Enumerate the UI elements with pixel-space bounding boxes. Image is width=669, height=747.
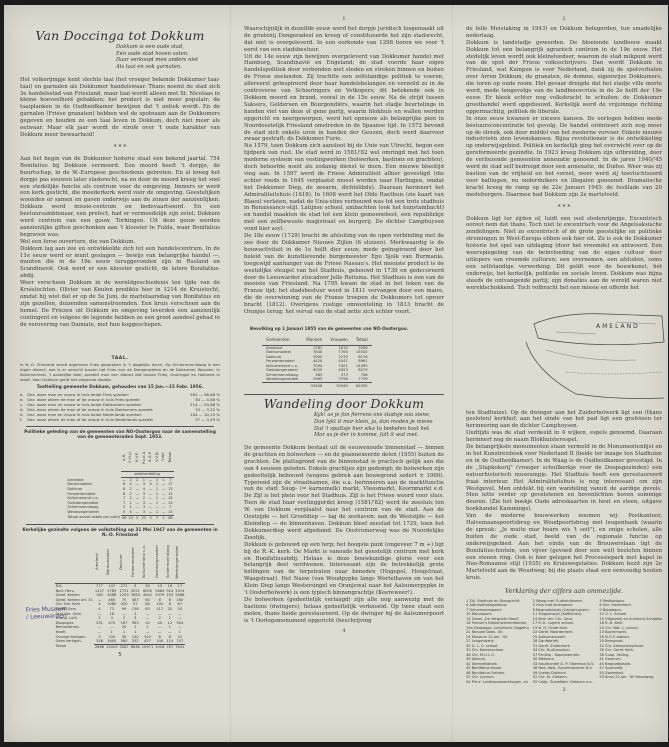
column-header: Vrije xyxy=(160,443,167,472)
politiek-heading: Politieke geleding van de gemeenten van … xyxy=(20,431,220,441)
paragraph: De belangrijkste monumenten staan vermel… xyxy=(466,444,662,513)
column-label: Westdongeradeel xyxy=(175,541,180,583)
column-header: Kollumerland c.a. xyxy=(141,541,154,584)
cell: 3587 xyxy=(118,644,129,649)
column-header: S.G.P. xyxy=(147,443,154,472)
taal-rows: a.Gez. waar man en vrouw in huis beide F… xyxy=(20,393,220,422)
paragraph: Dokkum is gebouwd op een terp; het hoogs… xyxy=(244,542,444,597)
divider xyxy=(26,426,214,427)
paragraph: Dokkum is landstadje geworden. De bloeie… xyxy=(466,40,662,116)
cell: 33406 xyxy=(302,382,326,388)
poem-line: Dan lykt it mar klein, ja, dan moden je … xyxy=(314,419,444,426)
cell: 787 xyxy=(165,644,174,649)
page-number: 4 xyxy=(244,628,444,635)
paragraph: Aan het begin van de Dokkumer historie s… xyxy=(20,156,220,239)
cell: 1 xyxy=(160,515,167,520)
paragraph: de felle Meistaking in 1943) en Dokkum b… xyxy=(466,26,662,40)
taal-heading: TAAL. xyxy=(20,357,220,362)
row-key: f. xyxy=(20,418,27,423)
cell: 98 xyxy=(167,515,174,520)
legend-title: Verklaring der cijfers aan ommezijde. xyxy=(466,590,662,595)
total-row: Totaal286610419358786361097120287877641 xyxy=(55,644,186,649)
column-label: P.v.d.A. xyxy=(142,443,147,471)
cell: 22 xyxy=(141,515,148,520)
column-header: Totaal xyxy=(352,336,372,345)
page-number: 2 xyxy=(466,16,662,23)
legend-item: 54 Prins' Landbouwwerktuigen- en Machine… xyxy=(466,680,529,685)
paragraph: Na 1579, toen Dokkum zich aansloot bij d… xyxy=(244,143,444,233)
paragraph: In onze eeuw kwamen er nieuwe kansen. De… xyxy=(466,116,662,199)
total-row: 334063394965355 xyxy=(262,382,372,388)
header-row: AmelandDantumadeelDokkumFerwerderadeelKo… xyxy=(55,541,186,584)
section-title: Wandeling door Dokkum xyxy=(244,401,444,408)
poem: Kyk! as je fan fierrens ons stadsje sou … xyxy=(314,412,444,439)
cell: 8636 xyxy=(130,644,141,649)
row-label: Westdongeradeel xyxy=(262,377,302,382)
paragraph: Weer verscheen Dokkum in de wereldgeschi… xyxy=(20,280,220,328)
column-header: Dokkum xyxy=(118,541,129,584)
paragraph: Oudtijds was de stad verdeeld in 4 wijke… xyxy=(466,430,662,444)
column-header: Gemeenten xyxy=(262,336,302,345)
column-right: 2 de felle Meistaking in 1943) en Dokkum… xyxy=(466,15,662,697)
paragraph: Dokkum lag aan zee en ontwikkelde zich t… xyxy=(20,246,220,281)
cell: 2 xyxy=(134,515,141,520)
column-label: S.G.P. xyxy=(148,443,153,471)
paragraph: Uit de 14e eeuw zijn bewijzen overgeleve… xyxy=(244,54,444,144)
bevolking-box: Bevolking op 1 Januari 1955 van de gemee… xyxy=(262,326,444,388)
page-number: 1 xyxy=(244,16,444,23)
column-header: Dantumadeel xyxy=(105,541,118,584)
paragraph: Wel een forse ouverture, die van Dokkum. xyxy=(20,239,220,246)
poem-line: Dat 't spultsje hier sika to bedoden has… xyxy=(314,426,444,433)
header-row: GemeentenMannenVrouwenTotaal xyxy=(262,336,372,345)
column-label: Schiermonnikoog xyxy=(166,541,171,583)
page-number: 5 xyxy=(20,653,220,658)
cell: 7 xyxy=(154,515,161,520)
cell: 2028 xyxy=(154,644,165,649)
column-label: Vrije xyxy=(161,443,166,471)
paragraph: De bolwerken (gedeeltelijk verlaagd) zij… xyxy=(244,597,444,625)
page-number: 3 xyxy=(466,687,662,694)
cell: 20 xyxy=(127,515,134,520)
row-value: 37 — 3,49 % xyxy=(184,418,220,423)
column-label: Oostdongeradeel xyxy=(155,541,160,583)
column-header: Ameland xyxy=(94,541,105,584)
poem-line: Als taai en ook garnaten. xyxy=(116,64,220,71)
viewer-frame: Van Doccinga tot Dokkum Dokkum is een ou… xyxy=(0,0,669,747)
column-history: Van Doccinga tot Dokkum Dokkum is een ou… xyxy=(20,15,220,661)
cell: 2866 xyxy=(94,644,105,649)
poem-line: Dokkum is een oude stad, xyxy=(116,44,220,51)
cell: 10971 xyxy=(141,644,154,649)
page-title: Van Doccinga tot Dokkum xyxy=(20,33,220,40)
poem: Dokkum is een oude stad, Een oude stad h… xyxy=(116,44,220,71)
politiek-table: A.R.C.H.U.K.V.P.P.v.d.A.S.G.P.V.V.D.Vrij… xyxy=(66,443,173,520)
brochure-sheet: Van Doccinga tot Dokkum Dokkum is een ou… xyxy=(4,5,668,742)
paragraph: Het volkerijmpje kent slechts taai (het … xyxy=(20,77,220,139)
kerk-table: AmelandDantumadeelDokkumFerwerderadeelKo… xyxy=(55,541,186,649)
column-label: V.V.D. xyxy=(155,443,160,471)
table-row: Geen kerkgen.3581600580332427190114757 xyxy=(55,639,186,644)
column-label: A.R. xyxy=(122,443,127,471)
row-text: Gez. waar alleen de man of de vrouw in h… xyxy=(27,418,184,423)
section-divider: * * * xyxy=(20,145,220,150)
column-header: Westdongeradeel xyxy=(174,541,185,584)
column-header: Mannen xyxy=(302,336,326,345)
row-label: Totaal xyxy=(55,644,94,649)
cell: 7641 xyxy=(174,644,185,649)
column-label: Ameland xyxy=(95,541,100,583)
header-row: A.R.C.H.U.K.V.P.P.v.d.A.S.G.P.V.V.D.Vrij… xyxy=(66,443,173,472)
row-label: Totaal aantal zetels per partij xyxy=(66,515,120,520)
column-header: C.H.U. xyxy=(127,443,134,472)
map-legend: Verklaring der cijfers aan ommezijde. 1 … xyxy=(466,582,662,684)
museum-stamp: Fries Museum / Leeuwarden xyxy=(26,606,68,620)
row-label xyxy=(262,382,302,388)
paragraph: Van de moderne bouwwerken noemen wij: Po… xyxy=(466,513,662,582)
column-label: Dantumadeel xyxy=(106,541,111,583)
corner-cell xyxy=(66,443,120,472)
corner-cell xyxy=(55,541,94,584)
fold-line xyxy=(230,5,231,742)
column-header: Totaal xyxy=(167,443,174,472)
cell: 65355 xyxy=(352,382,372,388)
divider xyxy=(26,524,214,525)
taal-intro: In N.-O. Friesland wordt algemeen Fries … xyxy=(20,363,220,383)
poem-line: Mar as je der in komme, falt it wat met. xyxy=(314,432,444,439)
taal-row: f.Gez. waar alleen de man of de vrouw in… xyxy=(20,418,220,423)
column-header: Oostdongeradeel xyxy=(154,541,165,584)
column-label: Dokkum xyxy=(119,541,124,583)
bevolking-caption: Bevolking op 1 Januari 1955 van de gemee… xyxy=(250,326,444,333)
column-header: Vrouwen xyxy=(326,336,352,345)
kerk-heading: Kerkelijke gezindte volgens de volkstell… xyxy=(20,529,220,539)
cell: 33949 xyxy=(326,382,352,388)
column-label: Kollumerland c.a. xyxy=(142,541,147,583)
paragraph: ten Stadhuize). Op de dwinger aan het Zu… xyxy=(466,410,662,431)
bevolking-table: GemeentenMannenVrouwenTotaalAmeland17811… xyxy=(262,336,372,388)
taal-subheading: Taaltelling gemeente Dokkum, gehouden va… xyxy=(20,386,220,391)
paragraph: Dokkum ligt ter zijden of, luidt een oud… xyxy=(466,216,662,292)
paragraph: De 18e eeuw (1729) bracht de afsluiting … xyxy=(244,233,444,316)
map-outline-icon xyxy=(466,302,666,402)
column-label: Totaal xyxy=(168,443,173,471)
cell: 39 xyxy=(121,515,128,520)
section-divider: * * * xyxy=(466,205,662,210)
column-header: K.V.P. xyxy=(134,443,141,472)
column-header: Schiermonnikoog xyxy=(165,541,174,584)
legend-item: 53 Kruis 22 Jan. '45 Woudweg. xyxy=(599,675,662,680)
cell: 3 xyxy=(147,515,154,520)
column-middle: 1 Waarschijnlijk in dezelfde eeuw werd h… xyxy=(244,15,444,637)
paragraph: De gemeente Dokkum bestaat uit de eeuwen… xyxy=(244,445,444,542)
divider xyxy=(244,394,444,395)
cell: 114 xyxy=(165,639,174,644)
poem-line: Een oude stad hoven vaten. xyxy=(116,51,220,58)
fold-line xyxy=(452,5,453,742)
column-header: Ferwerderadeel xyxy=(130,541,141,584)
column-label: Ferwerderadeel xyxy=(131,541,136,583)
column-label: K.V.P. xyxy=(135,443,140,471)
map-ameland: AMELAND xyxy=(466,302,662,402)
total-row: Totaal aantal zetels per partij392022237… xyxy=(66,515,173,520)
map-label-ameland: AMELAND xyxy=(596,324,640,331)
cell: 10419 xyxy=(105,644,118,649)
poem-line: Daar verkoopt men anders niet xyxy=(116,57,220,64)
column-label: C.H.U. xyxy=(128,443,133,471)
paragraph: Waarschijnlijk in dezelfde eeuw werd het… xyxy=(244,26,444,54)
legend-item: 55 Coöp. Zuivelfabr. Dokkum e.o. xyxy=(533,680,596,685)
poem-line: Kyk! as je fan fierrens ons stadsje sou … xyxy=(314,412,444,419)
